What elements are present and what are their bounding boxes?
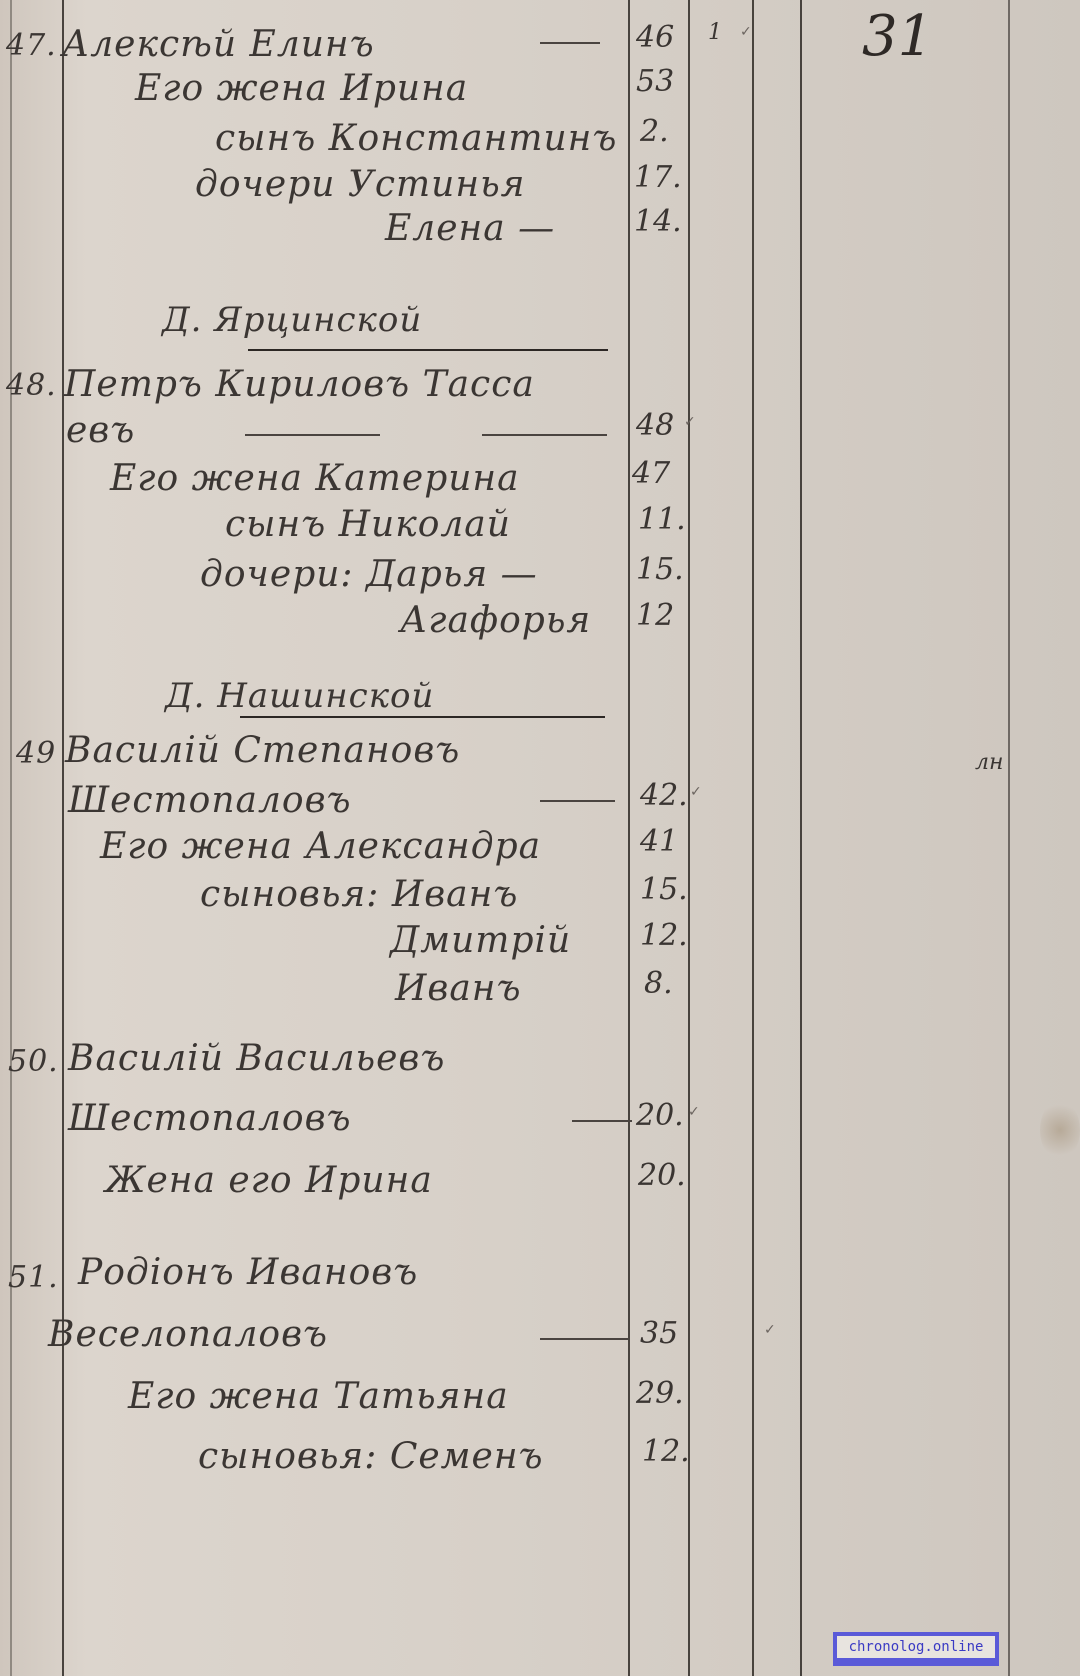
age: 15. — [640, 872, 688, 907]
column-rule — [62, 0, 64, 1676]
member-label: дочери: Дарья — — [200, 554, 538, 595]
member-label: Агафорья — [400, 600, 591, 641]
member-label: сыновья: Семенъ — [198, 1436, 544, 1477]
age: 47 — [632, 456, 670, 491]
household-head-continued: Шестопаловъ — [68, 780, 352, 821]
check-mark: ✓ — [690, 784, 702, 800]
village-heading: Д. Нашинской — [165, 676, 434, 716]
household-head: Алексѣй Елинъ — [62, 24, 375, 65]
member-label: Жена его Ирина — [105, 1160, 433, 1201]
household-head: Родіонъ Ивановъ — [78, 1252, 418, 1293]
household-number: 49 — [16, 736, 56, 771]
household-number: 47. — [6, 28, 57, 63]
age: 14. — [634, 204, 682, 239]
check-mark: ✓ — [688, 1104, 700, 1120]
column-rule — [10, 0, 12, 1676]
age: 15. — [636, 552, 684, 587]
extra-count: 1 — [708, 20, 722, 45]
age: 46 — [636, 20, 674, 55]
check-mark: ✓ — [740, 24, 752, 40]
watermark-text: chronolog.online — [837, 1636, 995, 1658]
age: 48 — [636, 408, 674, 443]
household-number: 50. — [8, 1044, 59, 1079]
age: 17. — [634, 160, 682, 195]
check-mark: ✓ — [764, 1322, 776, 1338]
member-label: сынъ Николай — [225, 504, 511, 545]
age: 53 — [636, 64, 674, 99]
age: 12. — [642, 1434, 690, 1469]
member-label: Его жена Ирина — [135, 68, 468, 109]
watermark-badge: chronolog.online — [833, 1632, 999, 1666]
household-number: 48. — [6, 368, 57, 403]
age: 11. — [638, 502, 686, 537]
leader-line — [540, 800, 615, 802]
margin-note: лн — [975, 750, 1004, 775]
age: 41 — [640, 824, 678, 859]
member-label: Иванъ — [395, 968, 522, 1009]
age: 35 — [640, 1316, 678, 1351]
leader-line — [245, 434, 380, 436]
member-label: Дмитрій — [390, 920, 571, 961]
member-label: сыновья: Иванъ — [200, 874, 518, 915]
column-rule — [1008, 0, 1010, 1676]
leader-line — [540, 1338, 628, 1340]
age: 20. — [636, 1098, 684, 1133]
column-rule — [800, 0, 802, 1676]
folio-number: 31 — [862, 4, 933, 69]
member-label: Его жена Татьяна — [128, 1376, 509, 1417]
age: 12 — [636, 598, 674, 633]
heading-underline — [248, 349, 608, 351]
column-rule — [628, 0, 630, 1676]
household-head: Василій Васильевъ — [68, 1038, 445, 1079]
member-label: сынъ Константинъ — [215, 118, 617, 159]
household-head-continued: евъ — [66, 410, 135, 451]
member-label: Елена — — [385, 208, 555, 249]
leader-line — [482, 434, 607, 436]
document-page: 31 47. Алексѣй Елинъ 46 1 ✓ Его жена Ири… — [0, 0, 1080, 1676]
age: 42. — [640, 778, 688, 813]
household-head: Василій Степановъ — [65, 730, 460, 771]
household-head-continued: Веселопаловъ — [48, 1314, 328, 1355]
age: 20. — [638, 1158, 686, 1193]
column-rule — [688, 0, 690, 1676]
member-label: Его жена Катерина — [110, 458, 520, 499]
age: 29. — [636, 1376, 684, 1411]
leader-line — [572, 1120, 632, 1122]
household-number: 51. — [8, 1260, 59, 1295]
age: 2. — [640, 114, 669, 149]
leader-line — [540, 42, 600, 44]
check-mark: ✓ — [684, 414, 696, 430]
member-label: дочери Устинья — [195, 164, 526, 205]
age: 8. — [644, 966, 673, 1001]
heading-underline — [240, 716, 605, 718]
paper-stain — [1040, 1100, 1080, 1160]
age: 12. — [640, 918, 688, 953]
column-rule — [752, 0, 754, 1676]
household-head-continued: Шестопаловъ — [68, 1098, 352, 1139]
household-head: Петръ Кириловъ Тасса — [64, 364, 535, 405]
member-label: Его жена Александра — [100, 826, 541, 867]
village-heading: Д. Ярцинской — [162, 300, 422, 340]
